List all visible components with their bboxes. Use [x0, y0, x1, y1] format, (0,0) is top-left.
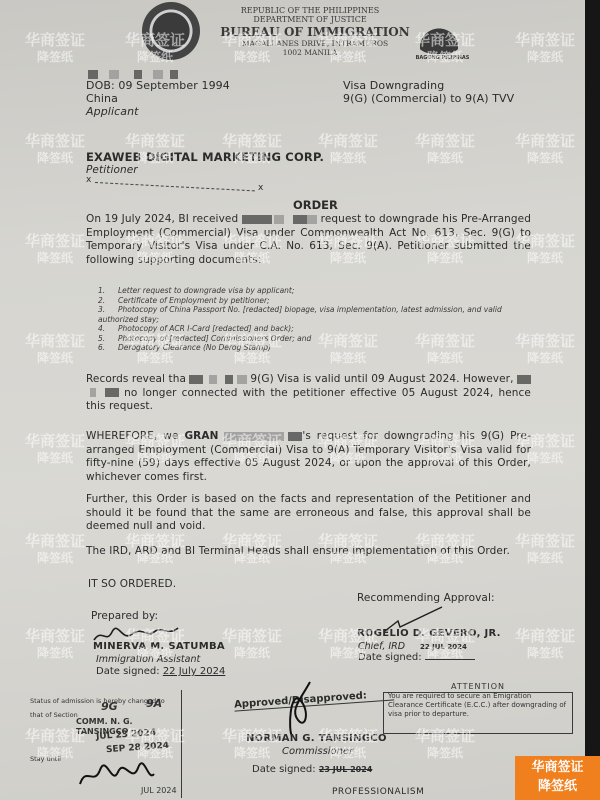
applicant-dob: DOB: 09 September 1994 [86, 79, 230, 93]
document-item: 2.Certificate of Employment by petitione… [98, 296, 518, 306]
watermark: 华商签证降签纸 [318, 133, 378, 167]
document-item: 1.Letter request to downgrade visa by ap… [98, 286, 518, 296]
watermark: 华商签证降签纸 [25, 628, 85, 662]
watermark: 华商签证降签纸 [515, 628, 575, 662]
footer-text: PROFESSIONALISM [332, 787, 424, 797]
recommender-date-label: Date signed: [358, 652, 475, 663]
bureau-seal-icon [142, 2, 200, 60]
order-document: REPUBLIC OF THE PHILIPPINES DEPARTMENT O… [0, 0, 585, 800]
watermark: 华商签证降签纸 [25, 233, 85, 267]
brand-badge: 华商签证 降签纸 [515, 756, 600, 800]
applicant-role: Applicant [86, 105, 139, 119]
document-item: 3.Photocopy of China Passport No. [redac… [98, 305, 518, 324]
watermark: 华商签证降签纸 [25, 333, 85, 367]
case-detail: 9(G) (Commercial) to 9(A) TVV [343, 92, 514, 106]
order-paragraph-5: The IRD, ARD and BI Terminal Heads shall… [86, 545, 531, 559]
recommending-label: Recommending Approval: [357, 592, 495, 606]
document-item: 5.Photocopy of [redacted] Commissioners … [98, 334, 518, 344]
commissioner-signature-icon [270, 680, 330, 740]
order-paragraph-3: WHEREFORE, we GRAN 's request for downgr… [86, 430, 531, 484]
order-title: ORDER [293, 198, 338, 212]
caption-separator: x x [86, 175, 266, 189]
watermark: 华商签证降签纸 [25, 433, 85, 467]
supporting-documents-list: 1.Letter request to downgrade visa by ap… [98, 286, 518, 353]
commissioner-title: Commissioner [282, 746, 353, 757]
document-item: 6.Derogatory Clearance (No Derog Stamp) [98, 343, 518, 353]
logo-caption: BAGONG PILIPINAS [405, 55, 480, 61]
prepared-label: Prepared by: [91, 610, 158, 624]
watermark: 华商签证降签纸 [25, 32, 85, 66]
petitioner-name: EXAWEB DIGITAL MARKETING CORP. [86, 150, 324, 164]
letterhead-republic: REPUBLIC OF THE PHILIPPINES [210, 6, 410, 15]
commissioner-name: NORMAN G. TANSINGCO [246, 733, 387, 744]
recommender-title: Chief, IRD [358, 641, 405, 652]
watermark: 华商签证降签纸 [222, 628, 282, 662]
bagong-pilipinas-logo-icon [416, 22, 462, 54]
preparer-name: MINERVA M. SATUMBA [93, 641, 225, 652]
order-paragraph-1: On 19 July 2024, BI received request to … [86, 213, 531, 267]
case-type: Visa Downgrading [343, 79, 444, 93]
recommender-name: ROGELIO D. GEVERO, JR. [357, 628, 501, 639]
order-closing: IT SO ORDERED. [88, 578, 176, 592]
watermark: 华商签证降签纸 [25, 133, 85, 167]
applicant-nationality: China [86, 92, 118, 106]
commissioner-date: Date signed: 23 JUL 2024 [252, 764, 372, 775]
watermark: 华商签证降签纸 [515, 133, 575, 167]
letterhead-department: DEPARTMENT OF JUSTICE [210, 15, 410, 24]
watermark: 华商签证降签纸 [515, 333, 575, 367]
letterhead-address: MAGALLANES DRIVE, INTRAMUROS [210, 39, 420, 48]
attention-text: You are required to secure an Emigration… [388, 692, 568, 719]
watermark: 华商签证降签纸 [515, 32, 575, 66]
attention-title: ATTENTION [388, 682, 568, 692]
order-paragraph-2: Records reveal tha 9(G) Visa is valid un… [86, 373, 531, 414]
watermark: 华商签证降签纸 [415, 133, 475, 167]
photo-background-edge [585, 0, 600, 800]
attention-notice: ATTENTION You are required to secure an … [383, 692, 573, 734]
order-paragraph-4: Further, this Order is based on the fact… [86, 493, 531, 534]
preparer-title: Immigration Assistant [96, 654, 200, 665]
recommender-date-stamp: 22 JUL 2024 [420, 643, 467, 651]
prepared-date: Date signed: 22 July 2024 [96, 666, 225, 677]
letterhead-agency: BUREAU OF IMMIGRATION [200, 25, 430, 39]
letterhead-city: 1002 MANILA [210, 48, 410, 57]
watermark: 华商签证降签纸 [25, 533, 85, 567]
status-change-stamp: Status of admission is hereby changed to… [6, 690, 182, 798]
document-item: 4.Photocopy of ACR I-Card [redacted] and… [98, 324, 518, 334]
